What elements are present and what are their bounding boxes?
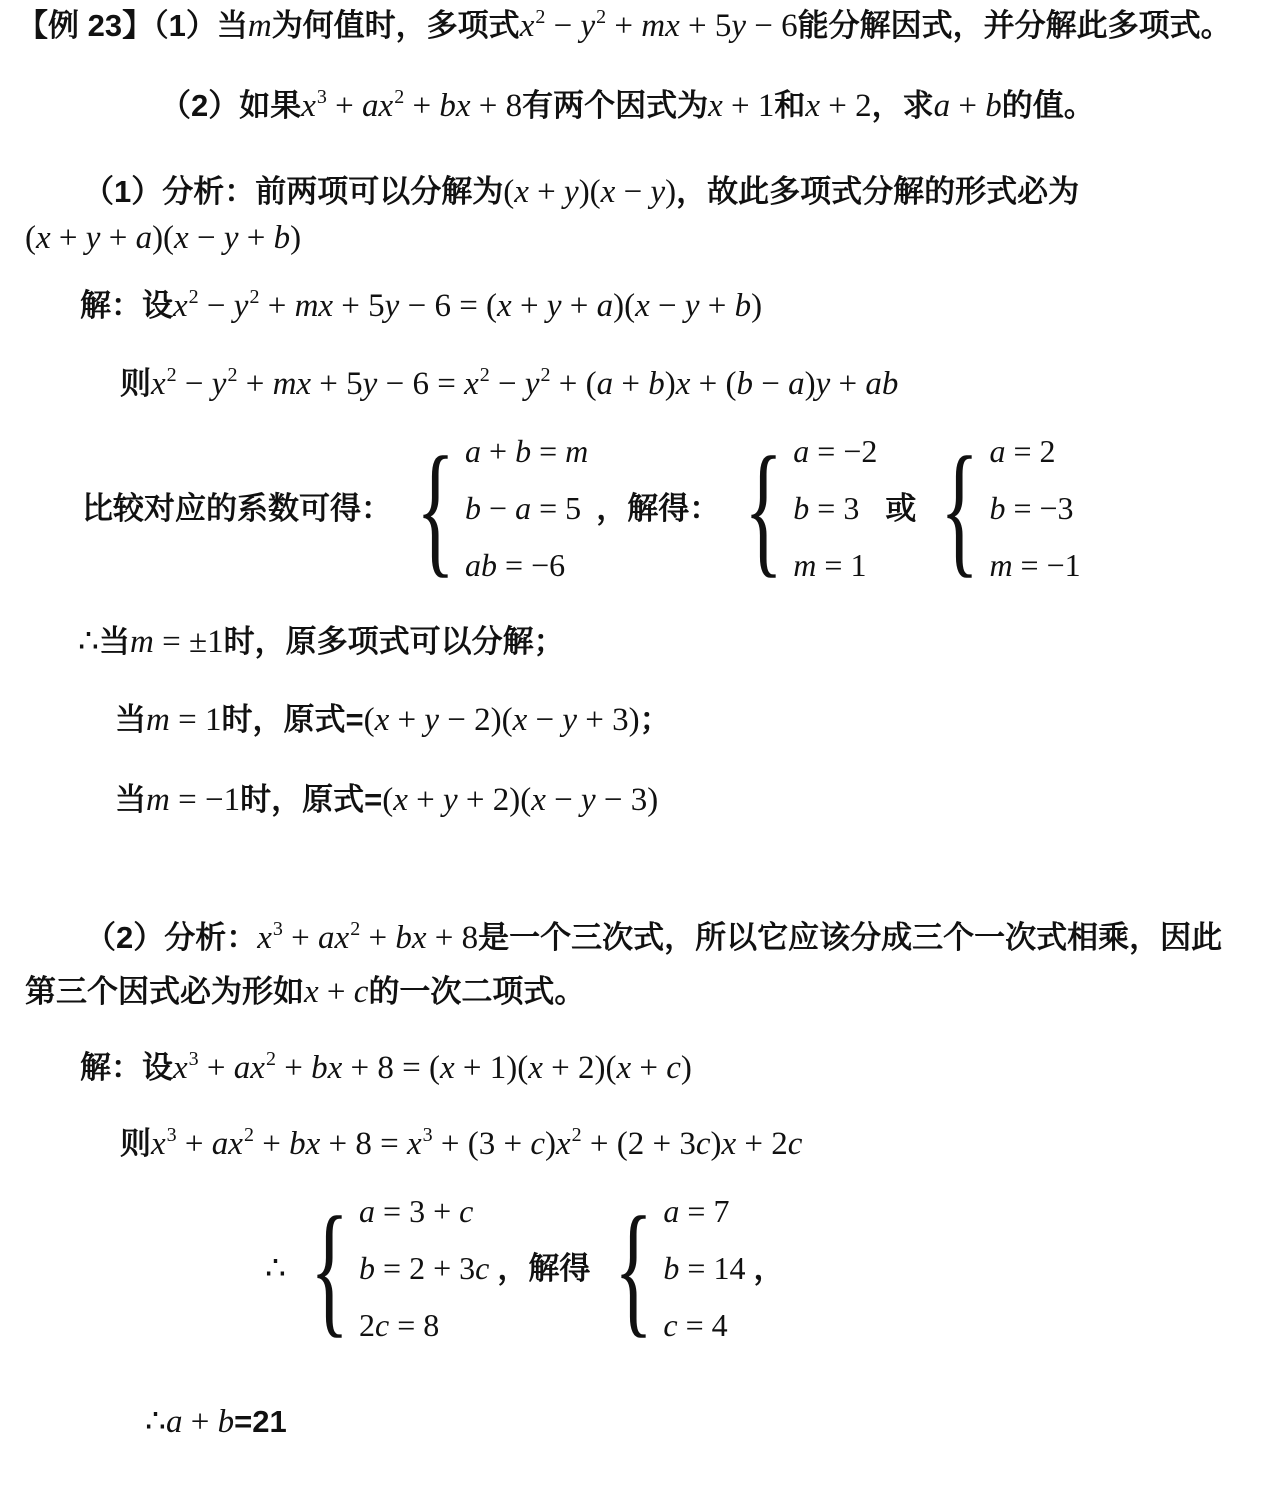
system-rows: a = 2b = −3m = −1 <box>989 434 1080 584</box>
cn-text: 或 <box>885 487 916 531</box>
line-analysis2: （2）分析：x3 + ax2 + bx + 8是一个三次式，所以它应该分成三个一… <box>0 916 1280 960</box>
math-expr: (x + y + 2)(x − y − 3) <box>382 782 658 818</box>
line-analysis2-cont: 第三个因式必为形如x + c的一次二项式。 <box>0 970 1280 1014</box>
cn-text: 的一次二项式。 <box>368 974 585 1009</box>
system-rows: a = 3 + cb = 2 + 3c2c = 8 <box>359 1194 489 1344</box>
system-equation: a = 3 + c <box>359 1195 489 1229</box>
math-expr: m = 1 <box>146 702 221 738</box>
system-equation: ab = −6 <box>465 549 588 583</box>
cn-text: 有两个因式为 <box>522 88 708 123</box>
left-brace: { <box>744 436 783 582</box>
math-expr: x2 − y2 + mx + 5y − 6 = (x + y + a)(x − … <box>173 288 762 324</box>
math-expr: m = ±1 <box>130 624 224 660</box>
cn-text: 当 <box>115 702 146 737</box>
math-expr: a + b <box>934 88 1002 124</box>
system-rows: a = −2b = 3m = 1 <box>793 434 877 584</box>
line-system2: ∴{a = 3 + cb = 2 + 3c2c = 8，解得{a = 7b = … <box>0 1194 1280 1344</box>
math-expr: (x + y − 2)(x − y + 3) <box>364 702 640 738</box>
equation-system: {a + b = mb − a = 5ab = −6 <box>400 434 588 584</box>
cn-text: 为何值时，多项式 <box>272 8 520 43</box>
left-brace: { <box>614 1196 653 1342</box>
cn-text: 解：设 <box>80 288 173 323</box>
math-expr: x2 − y2 + mx + 5y − 6 = x2 − y2 + (a + b… <box>151 366 898 402</box>
math-expr: m <box>248 8 272 44</box>
cn-text: 的值。 <box>1002 88 1095 123</box>
cn-text: 【例 23】（1）当 <box>17 8 248 43</box>
cn-text: 和 <box>774 88 805 123</box>
line-solution2-expand: 则x3 + ax2 + bx + 8 = x3 + (3 + c)x2 + (2… <box>0 1122 1280 1166</box>
line-solution1-expand: 则x2 − y2 + mx + 5y − 6 = x2 − y2 + (a + … <box>0 362 1280 406</box>
equation-system: {a = −2b = 3m = 1 <box>728 434 877 584</box>
cn-text: 时，原式= <box>240 782 382 817</box>
system-equation: m = 1 <box>793 549 877 583</box>
left-brace: { <box>310 1196 349 1342</box>
cn-text: 时，原式= <box>221 702 363 737</box>
math-expr: x + 1 <box>708 88 774 124</box>
math-expr: a + b <box>166 1404 234 1440</box>
left-brace: { <box>940 436 979 582</box>
system-equation: b = −3 <box>989 492 1080 526</box>
line-solution2-setup: 解：设x3 + ax2 + bx + 8 = (x + 1)(x + 2)(x … <box>0 1046 1280 1090</box>
line-system1: 比较对应的系数可得：{a + b = mb − a = 5ab = −6，解得：… <box>0 434 1280 584</box>
system-equation: a = 7 <box>663 1195 745 1229</box>
math-expr: x3 + ax2 + bx + 8 <box>301 88 522 124</box>
line-problem-part2: （2）如果x3 + ax2 + bx + 8有两个因式为x + 1和x + 2，… <box>0 84 1280 128</box>
system-equation: a = 2 <box>989 435 1080 469</box>
line-conclusion-m: ∴当m = ±1时，原多项式可以分解； <box>0 620 1280 664</box>
line-final-answer: ∴a + b=21 <box>0 1400 1280 1444</box>
document-page: 【例 23】（1）当m为何值时，多项式x2 − y2 + mx + 5y − 6… <box>0 0 1280 1497</box>
cn-text: ，故此多项式分解的形式必为 <box>676 174 1079 209</box>
math-expr: (x + y + a)(x − y + b) <box>25 220 301 256</box>
system-equation: c = 4 <box>663 1309 745 1343</box>
therefore-symbol: ∴ <box>265 1247 286 1291</box>
cn-text: 当 <box>115 782 146 817</box>
therefore-symbol: ∴ <box>145 1404 166 1440</box>
line-analysis1: （1）分析：前两项可以分解为(x + y)(x − y)，故此多项式分解的形式必… <box>0 170 1280 214</box>
system-equation: b − a = 5 <box>465 492 588 526</box>
cn-text: 能分解因式，并分解此多项式。 <box>798 8 1232 43</box>
math-expr: x3 + ax2 + bx + 8 = x3 + (3 + c)x2 + (2 … <box>151 1126 802 1162</box>
math-expr: x2 − y2 + mx + 5y − 6 <box>520 8 798 44</box>
line-case-m-neg1: 当m = −1时，原式=(x + y + 2)(x − y − 3) <box>0 778 1280 822</box>
equation-system: {a = 7b = 14c = 4 <box>598 1194 745 1344</box>
cn-text: 时，原多项式可以分解； <box>224 624 565 659</box>
cn-text: 第三个因式必为形如 <box>25 974 304 1009</box>
system-equation: 2c = 8 <box>359 1309 489 1343</box>
equation-system: {a = 2b = −3m = −1 <box>924 434 1080 584</box>
cn-text: 比较对应的系数可得： <box>82 487 392 531</box>
math-expr: m = −1 <box>146 782 240 818</box>
line-problem-part1: 【例 23】（1）当m为何值时，多项式x2 − y2 + mx + 5y − 6… <box>0 4 1280 48</box>
line-solution1-setup: 解：设x2 − y2 + mx + 5y − 6 = (x + y + a)(x… <box>0 284 1280 328</box>
cn-text: （2）分析： <box>85 920 257 955</box>
math-expr: x3 + ax2 + bx + 8 = (x + 1)(x + 2)(x + c… <box>173 1050 692 1086</box>
math-expr: x + 2 <box>805 88 871 124</box>
line-case-m-pos1: 当m = 1时，原式=(x + y − 2)(x − y + 3)； <box>0 698 1280 742</box>
equation-system: {a = 3 + cb = 2 + 3c2c = 8 <box>294 1194 489 1344</box>
cn-text: 解：设 <box>80 1050 173 1085</box>
cn-text: （2）如果 <box>160 88 301 123</box>
cn-text: 则 <box>120 366 151 401</box>
system-equation: a = −2 <box>793 435 877 469</box>
cn-text: 当 <box>99 624 130 659</box>
math-expr: x + c <box>304 974 368 1010</box>
answer-value: =21 <box>234 1404 287 1439</box>
system-rows: a + b = mb − a = 5ab = −6 <box>465 434 588 584</box>
math-expr: x3 + ax2 + bx + 8 <box>257 920 478 956</box>
cn-text: ，解得： <box>596 487 720 531</box>
system-equation: b = 2 + 3c <box>359 1252 489 1286</box>
cn-text: 则 <box>120 1126 151 1161</box>
system-equation: m = −1 <box>989 549 1080 583</box>
therefore-symbol: ∴ <box>78 624 99 660</box>
cn-text: ，求 <box>872 88 934 123</box>
line-analysis1-cont: (x + y + a)(x − y + b) <box>0 216 1280 260</box>
cn-text: ，解得 <box>497 1247 590 1291</box>
system-equation: a + b = m <box>465 435 588 469</box>
cn-text: ， <box>753 1247 784 1291</box>
cn-text: ； <box>640 702 671 737</box>
system-rows: a = 7b = 14c = 4 <box>663 1194 745 1344</box>
system-equation: b = 3 <box>793 492 877 526</box>
math-expr: (x + y)(x − y) <box>503 174 676 210</box>
system-equation: b = 14 <box>663 1252 745 1286</box>
left-brace: { <box>416 436 455 582</box>
cn-text: 是一个三次式，所以它应该分成三个一次式相乘，因此 <box>478 920 1222 955</box>
cn-text: （1）分析：前两项可以分解为 <box>83 174 503 209</box>
